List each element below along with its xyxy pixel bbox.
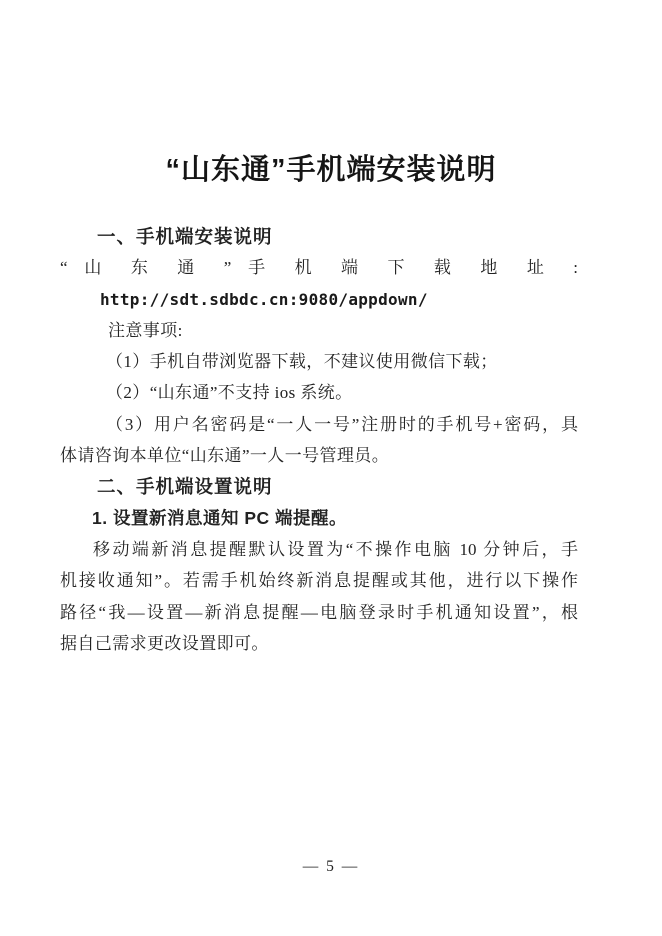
paragraph-1-line-4: 据自己需求更改设置即可。 (60, 628, 578, 659)
note-item-2: （2）“山东通”不支持 ios 系统。 (60, 377, 578, 408)
section-1-heading: 一、手机端安装说明 (60, 221, 578, 252)
paragraph-1-line-1: 移动端新消息提醒默认设置为“不操作电脑 10 分钟后，手 (60, 534, 578, 565)
note-item-3-line-1: （3）用户名密码是“一人一号”注册时的手机号+密码，具 (60, 409, 578, 440)
document-title: “山东通”手机端安装说明 (0, 147, 662, 188)
note-item-3-line-2: 体请咨询本单位“山东通”一人一号管理员。 (60, 440, 578, 471)
download-url: http://sdt.sdbdc.cn:9080/appdown/ (60, 284, 578, 315)
subsection-1-heading: 1. 设置新消息通知 PC 端提醒。 (60, 503, 578, 534)
document-page: “山东通”手机端安装说明 一、手机端安装说明 “ 山 东 通 ” 手 机 端 下… (0, 0, 662, 936)
page-number: — 5 — (0, 858, 662, 876)
notes-label: 注意事项: (60, 315, 578, 346)
section-2-heading: 二、手机端设置说明 (60, 471, 578, 502)
note-item-1: （1）手机自带浏览器下载，不建议使用微信下载； (60, 346, 578, 377)
paragraph-1-line-3: 路径“我—设置—新消息提醒—电脑登录时手机通知设置”，根 (60, 597, 578, 628)
download-address-line: “ 山 东 通 ” 手 机 端 下 载 地 址 : (60, 252, 578, 283)
document-body: 一、手机端安装说明 “ 山 东 通 ” 手 机 端 下 载 地 址 : http… (60, 221, 578, 659)
paragraph-1-line-2: 机接收通知”。若需手机始终新消息提醒或其他，进行以下操作 (60, 565, 578, 596)
